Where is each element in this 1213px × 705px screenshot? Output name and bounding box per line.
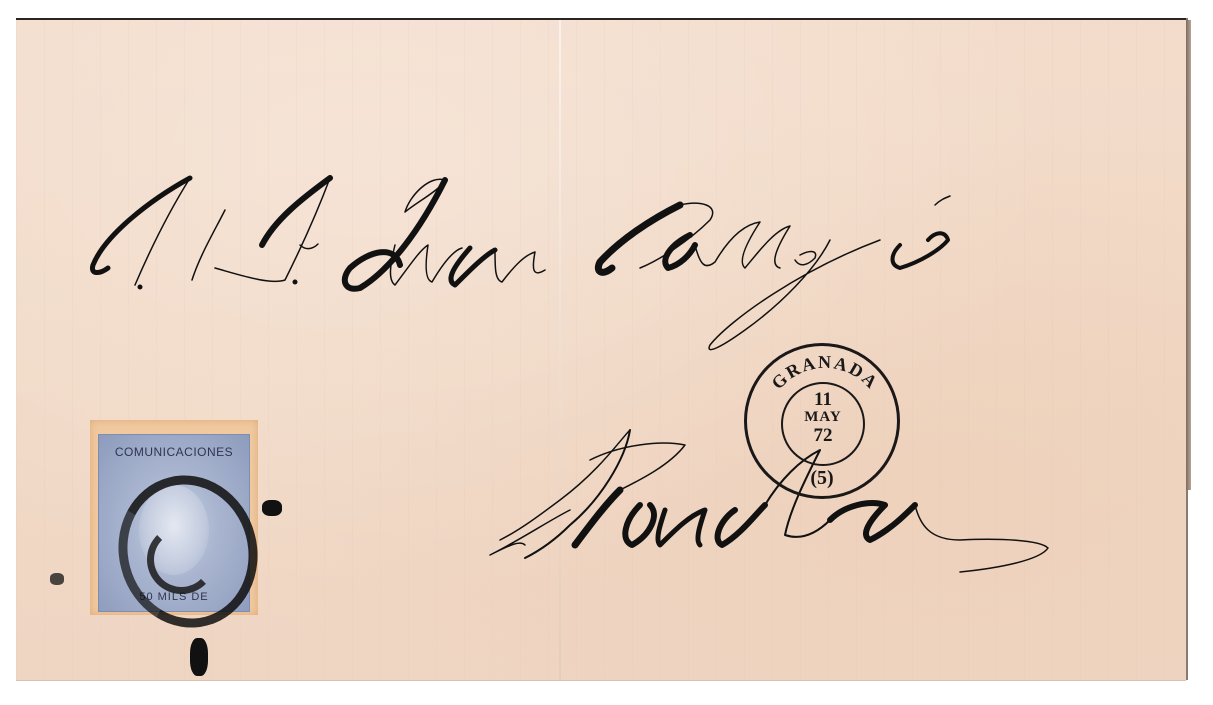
postmark-date: 11 MAY 72 <box>781 382 865 466</box>
postmark-day: 11 <box>783 390 863 409</box>
letter-back-edge <box>1186 20 1191 490</box>
postmark: GRANADA 11 MAY 72 (5) <box>744 343 900 499</box>
postmark-month: MAY <box>783 409 863 426</box>
ink-blot <box>262 500 282 516</box>
stamp-top-text: COMUNICACIONES <box>99 445 249 459</box>
stamp-design: COMUNICACIONES 50 MILS DE <box>98 434 250 612</box>
ink-blot <box>50 573 64 585</box>
postmark-year: 72 <box>783 426 863 446</box>
cancellation-mark-inner <box>147 525 216 594</box>
ink-blot <box>190 638 208 676</box>
postage-stamp: COMUNICACIONES 50 MILS DE <box>90 420 258 615</box>
postmark-number: (5) <box>747 467 897 490</box>
